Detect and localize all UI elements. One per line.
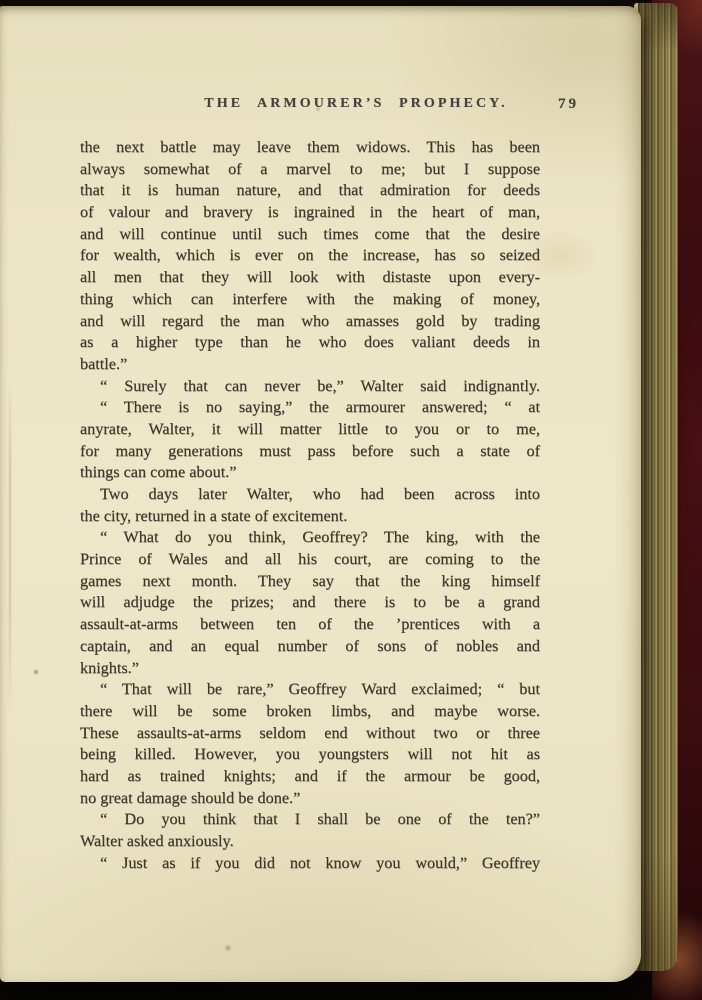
text-line: “ Just as if you did not know you would,… xyxy=(80,853,540,875)
text-line: games next month. They say that the king… xyxy=(80,571,540,593)
text-line: Prince of Wales and all his court, are c… xyxy=(80,549,540,571)
page-number: 79 xyxy=(558,96,579,113)
text-line: “ Do you think that I shall be one of th… xyxy=(80,809,540,831)
text-line: being killed. However, you youngsters wi… xyxy=(80,744,540,766)
text-line: that it is human nature, and that admira… xyxy=(80,180,540,202)
text-line: “ That will be rare,” Geoffrey Ward excl… xyxy=(80,679,540,701)
text-line: things can come about.” xyxy=(80,462,540,484)
text-line: captain, and an equal number of sons of … xyxy=(80,636,540,658)
text-line: thing which can interfere with the makin… xyxy=(80,289,540,311)
text-line: of valour and bravery is ingrained in th… xyxy=(80,202,540,224)
text-line: the city, returned in a state of excitem… xyxy=(80,506,540,528)
text-line: and will regard the man who amasses gold… xyxy=(80,311,540,333)
text-line: as a higher type than he who does valian… xyxy=(80,332,540,354)
text-line: and will continue until such times come … xyxy=(80,224,540,246)
book-page: THE ARMOURER’S PROPHECY. 79 the next bat… xyxy=(0,6,641,982)
text-line: knights.” xyxy=(80,658,540,680)
text-line: the next battle may leave them widows. T… xyxy=(80,137,540,159)
text-line: assault-at-arms between ten of the ’pren… xyxy=(80,614,540,636)
text-line: anyrate, Walter, it will matter little t… xyxy=(80,419,540,441)
text-line: always somewhat of a marvel to me; but I… xyxy=(80,159,540,181)
text-line: for many generations must pass before su… xyxy=(80,441,540,463)
text-line: will adjudge the prizes; and there is to… xyxy=(80,592,540,614)
body-text: the next battle may leave them widows. T… xyxy=(80,137,540,874)
book-photo: THE ARMOURER’S PROPHECY. 79 the next bat… xyxy=(0,0,702,1000)
text-line: battle.” xyxy=(80,354,540,376)
text-line: Walter asked anxiously. xyxy=(80,831,540,853)
page-header: THE ARMOURER’S PROPHECY. 79 xyxy=(0,96,641,118)
text-line: “ There is no saying,” the armourer answ… xyxy=(80,397,540,419)
running-title: THE ARMOURER’S PROPHECY. xyxy=(204,96,507,112)
page-crease xyxy=(9,376,11,716)
text-line: These assaults-at-arms seldom end withou… xyxy=(80,723,540,745)
text-line: for wealth, which is ever on the increas… xyxy=(80,245,540,267)
text-line: there will be some broken limbs, and may… xyxy=(80,701,540,723)
text-line: “ Surely that can never be,” Walter said… xyxy=(80,376,540,398)
text-line: “ What do you think, Geoffrey? The king,… xyxy=(80,527,540,549)
text-line: Two days later Walter, who had been acro… xyxy=(80,484,540,506)
text-line: no great damage should be done.” xyxy=(80,788,540,810)
text-line: all men that they will look with distast… xyxy=(80,267,540,289)
text-line: hard as trained knights; and if the armo… xyxy=(80,766,540,788)
